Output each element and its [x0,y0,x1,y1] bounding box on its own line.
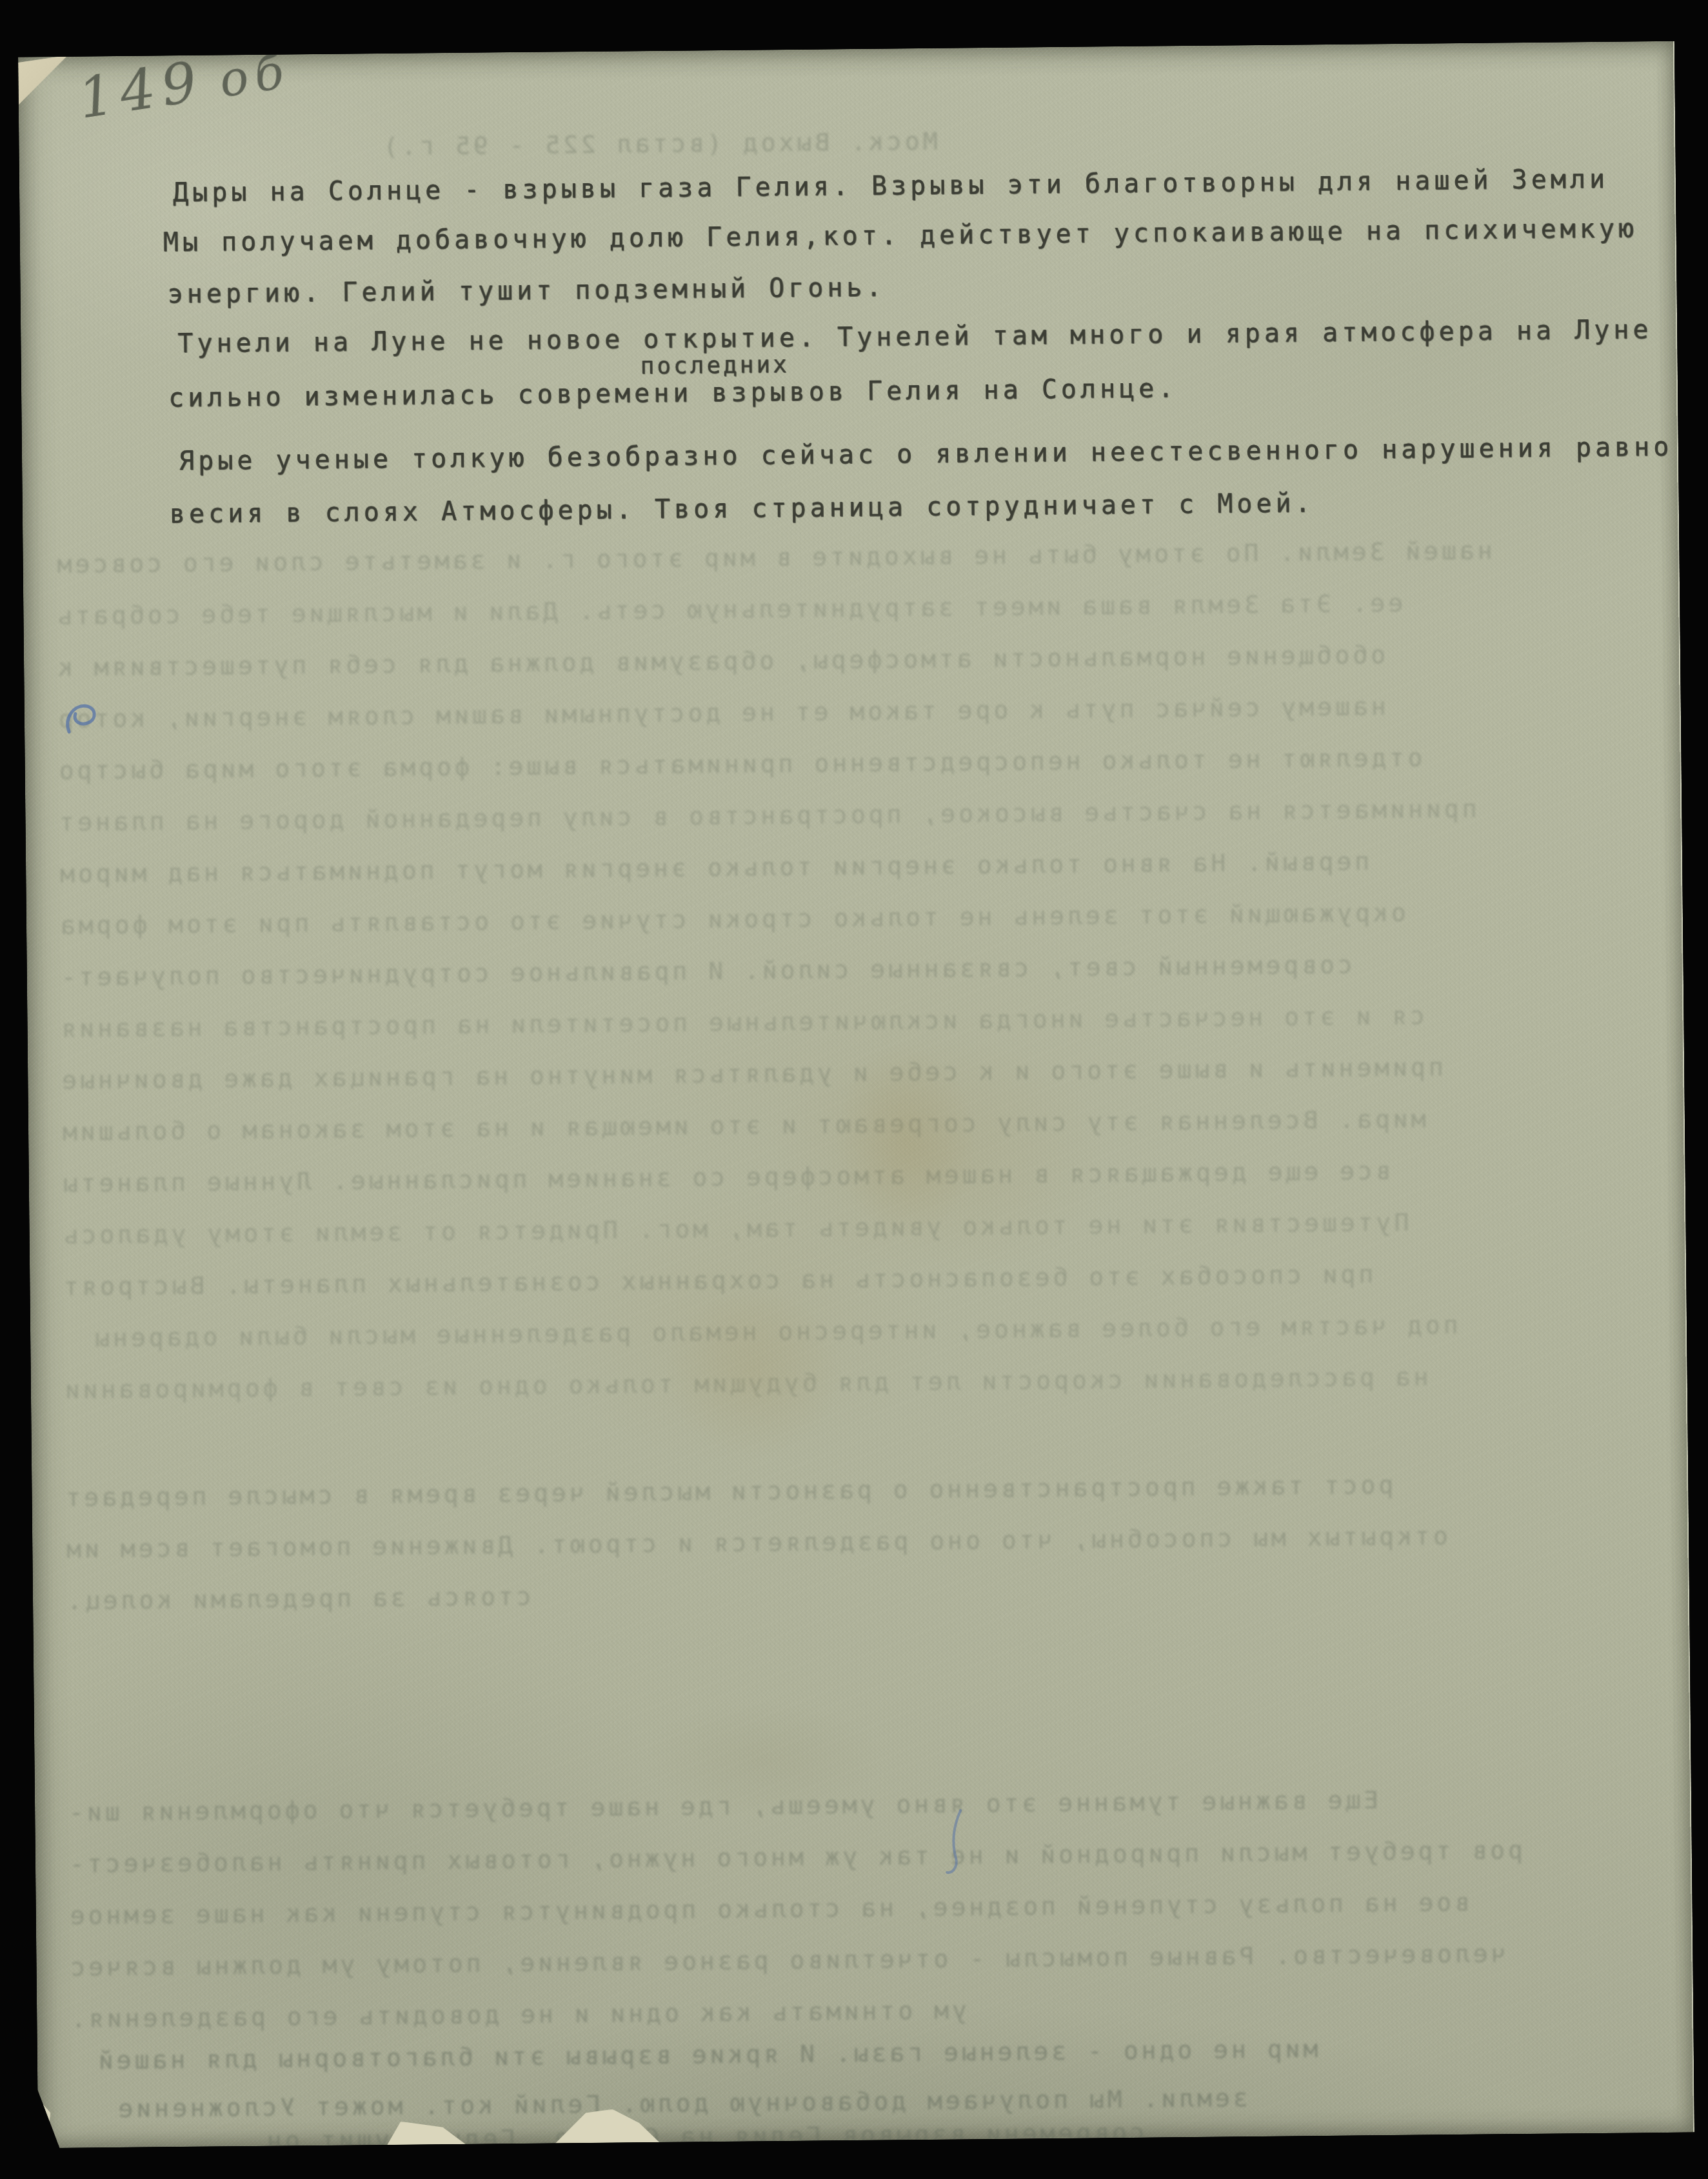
bleedthrough-line: Моск. Выход (встал 225 - 95 г.) [380,127,938,161]
bleedthrough-line: открытых мы способны, что оно разделяетс… [63,1522,1448,1564]
bleedthrough-line: все еще держащаяся в нашем атмосфере со … [60,1157,1391,1198]
folio-suffix-text: об [215,43,293,108]
bleedthrough-line: ум отнимать как одни и не доводить его р… [68,1996,967,2033]
bleedthrough-line: первый. На явно только энергии только эн… [57,847,1369,888]
typed-line: сильно изменилась современи взрывов Гели… [168,373,1178,413]
bleedthrough-line: Еще важные туманне это явно умеешь, где … [66,1786,1378,1827]
bleedthrough-line: Путешествия эти не только увидеть там, м… [60,1208,1409,1249]
bleedthrough-line: нашему сейчас путь к оре таком ет не дос… [55,692,1386,733]
torn-edge-fragment [37,2098,51,2147]
typed-line: Тунели на Луне не новое открытие. Тунеле… [177,315,1653,359]
bleedthrough-line: ся и это несчастье иногда исключительные… [58,1002,1425,1043]
typed-line: энергию. Гелий тушит подземный Огонь. [167,273,885,310]
bleedthrough-line: человечество. Равные помыслы - отчетливо… [67,1939,1506,1981]
handwritten-folio-number: 149об [74,41,294,132]
bleedthrough-line: применить и выше этого и к себе и удалят… [59,1053,1444,1095]
bleedthrough-line: мир не одно - зеленые газы. И яркие взры… [95,2035,1318,2075]
bleedthrough-line: стоясь за пределами колец. [64,1582,531,1615]
bleedthrough-line: при способах это безопасность на сохранн… [61,1260,1373,1301]
bleedthrough-line: мира. Вселенная эту силу согревают и это… [59,1105,1426,1146]
bleedthrough-line: принимается на счастье высокое, простран… [56,795,1477,837]
bleedthrough-line: нашей Земли. По этому быть не выходите в… [54,536,1493,578]
folded-corner [18,55,74,106]
bleedthrough-line: современный свет, связанные силой. И пра… [58,951,1353,991]
bleedthrough-line: обобщение нормальности атмосферы, образу… [55,641,1385,682]
bleedthrough-line: рост также пространственно о разности мы… [63,1471,1393,1512]
bleedthrough-line: окружающий этот зелень не только строки … [57,899,1406,940]
scanned-document-photo: 149об Моск. Выход (встал 225 - 95 г.) Ды… [0,0,1708,2179]
bleedthrough-line: отделяют не только непосредственно прини… [55,744,1422,785]
folio-number-text: 149 [74,49,208,132]
typed-line: Дыры на Солнце - взрывы газа Гелия. Взры… [173,164,1609,208]
bleedthrough-line: на расследовании скорости лет для будущи… [62,1362,1429,1404]
bleedthrough-line: под частям его более важное, интересно н… [92,1311,1458,1352]
blue-ink-mark [941,1807,971,1878]
typed-insert-word: последних [640,352,789,379]
typed-line: Ярые ученые толкую безобразно сейчас о я… [179,432,1673,476]
bleedthrough-line: земли. Мы получаем добавочную долю. Гели… [115,2084,1248,2123]
bleedthrough-line: вое на пользу ступеней позднее, на столь… [67,1888,1470,1930]
bleedthrough-line: ров требует мысли природной и не так уж … [66,1836,1523,1878]
document-page: 149об Моск. Выход (встал 225 - 95 г.) Ды… [18,41,1694,2149]
typed-line: Мы получаем добавочную долю Гелия,кот. д… [163,214,1638,257]
blue-ink-mark [60,698,112,744]
bleedthrough-line: ее. Эта Земля ваша имеет затруднительную… [54,589,1403,630]
typed-line: весия в слоях Атмосферы. Твоя страница с… [170,488,1315,529]
